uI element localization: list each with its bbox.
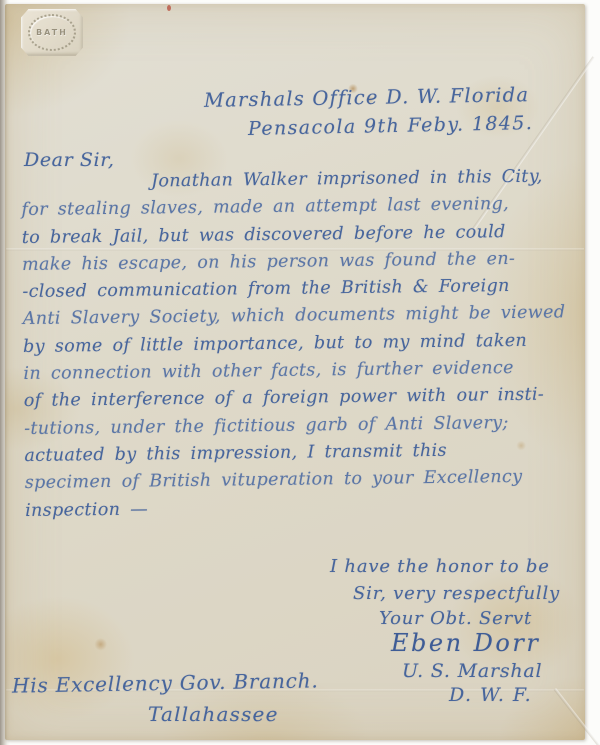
signature: Eben Dorr xyxy=(391,629,540,657)
embossed-paper-seal: BATH xyxy=(21,9,83,56)
signature-title: U. S. Marshal xyxy=(402,660,542,682)
closing-line: I have the honor to be xyxy=(330,556,550,577)
letter-scan: BATH Marshals Office D. W. Florida Pensa… xyxy=(0,0,600,745)
closing-line: Your Obt. Servt xyxy=(379,608,532,629)
letter-body: Jonathan Walker imprisoned in this City,… xyxy=(21,166,587,528)
signature-district: D. W. F. xyxy=(449,684,532,706)
salutation: Dear Sir, xyxy=(24,149,114,171)
paper-fiber-speck xyxy=(167,5,171,11)
closing-line: Sir, very respectfully xyxy=(353,583,560,604)
address-line: Tallahassee xyxy=(148,702,279,726)
seal-text: BATH xyxy=(36,28,68,37)
paper-edge-shadow xyxy=(0,0,10,745)
